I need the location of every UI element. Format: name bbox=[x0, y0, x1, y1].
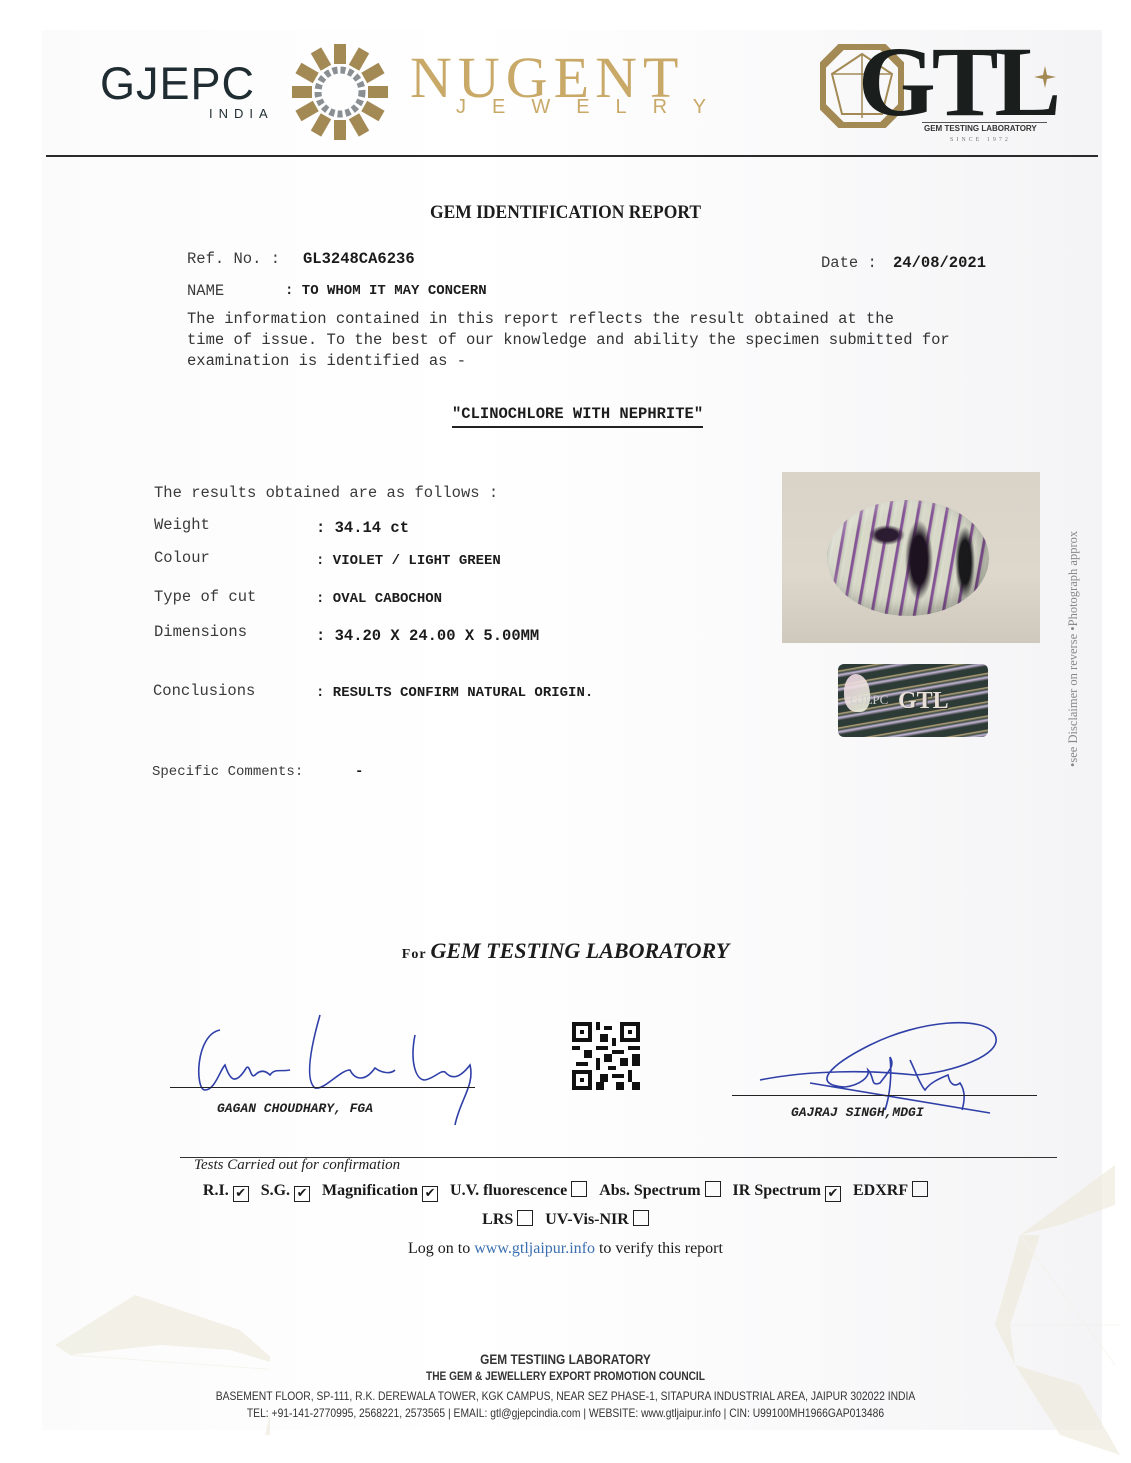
brand-logo-subtitle: JEWELRY bbox=[456, 96, 732, 119]
footer-address: BASEMENT FLOOR, SP-111, R.K. DEREWALA TO… bbox=[79, 1389, 1052, 1403]
conclusions-value: : RESULTS CONFIRM NATURAL ORIGIN. bbox=[316, 685, 593, 701]
test-lrs-label: LRS bbox=[482, 1211, 513, 1228]
test-abs-spectrum-label: Abs. Spectrum bbox=[599, 1182, 700, 1199]
test-sg-label: S.G. bbox=[261, 1182, 290, 1199]
gtl-logo-rule bbox=[922, 122, 1047, 123]
comments-label: Specific Comments: bbox=[152, 764, 303, 780]
footer-lab-name: GEM TESTIING LABORATORY bbox=[68, 1352, 1063, 1367]
results-intro: The results obtained are as follows : bbox=[154, 484, 498, 502]
test-sg-checkbox[interactable]: ✔ bbox=[294, 1186, 310, 1202]
dimensions-label: Dimensions bbox=[154, 623, 247, 641]
signatory-left-name: GAGAN CHOUDHARY, FGA bbox=[217, 1101, 373, 1116]
weight-label: Weight bbox=[154, 516, 210, 534]
verify-line: Log on to www.gtljaipur.info to verify t… bbox=[0, 1240, 1131, 1258]
hologram-gjepc-text: GJEPC bbox=[850, 692, 888, 708]
colour-label: Colour bbox=[154, 549, 210, 567]
test-ri-checkbox[interactable]: ✔ bbox=[233, 1186, 249, 1202]
gtl-logo-text: GTL bbox=[858, 32, 1057, 132]
test-edxrf-checkbox[interactable] bbox=[912, 1181, 928, 1197]
report-title: GEM IDENTIFICATION REPORT bbox=[45, 202, 1086, 224]
date-value: 24/08/2021 bbox=[893, 254, 986, 272]
test-ir-spectrum: IR Spectrum✔ bbox=[733, 1182, 841, 1202]
sparkle-icon bbox=[1034, 66, 1056, 88]
colour-value: : VIOLET / LIGHT GREEN bbox=[316, 553, 501, 569]
verify-suffix: to verify this report bbox=[599, 1240, 723, 1257]
ref-label: Ref. No. : bbox=[187, 250, 280, 268]
test-edxrf: EDXRF bbox=[853, 1181, 928, 1200]
test-ri: R.I.✔ bbox=[203, 1182, 249, 1202]
photo-disclaimer: •see Disclaimer on reverse •Photograph a… bbox=[1066, 531, 1081, 767]
test-abs-spectrum: Abs. Spectrum bbox=[599, 1181, 720, 1200]
test-uv-vis-nir-label: UV-Vis-NIR bbox=[545, 1211, 629, 1228]
tests-row-1: R.I.✔ S.G.✔ Magnification✔ U.V. fluoresc… bbox=[0, 1181, 1131, 1202]
gjepc-logo-text: GJEPC bbox=[100, 58, 255, 110]
name-label: NAME bbox=[187, 282, 224, 300]
for-lab-heading: For GEM TESTING LABORATORY bbox=[0, 938, 1131, 964]
ref-value: GL3248CA6236 bbox=[303, 250, 415, 268]
gjepc-sunburst-icon bbox=[290, 42, 390, 142]
test-ri-label: R.I. bbox=[203, 1182, 229, 1199]
for-lab-name: GEM TESTING LABORATORY bbox=[431, 938, 730, 963]
conclusions-label: Conclusions bbox=[153, 682, 255, 700]
test-uv-fluorescence: U.V. fluorescence bbox=[450, 1181, 587, 1200]
test-uv-vis-nir: UV-Vis-NIR bbox=[545, 1210, 649, 1229]
gjepc-logo-subtitle: INDIA bbox=[209, 106, 274, 121]
intro-paragraph: The information contained in this report… bbox=[187, 309, 1087, 372]
test-uv-fluorescence-checkbox[interactable] bbox=[571, 1181, 587, 1197]
gtl-logo-subtitle: GEM TESTING LABORATORY bbox=[924, 124, 1037, 133]
footer-contact: TEL: +91-141-2770995, 2568221, 2573565 |… bbox=[79, 1406, 1052, 1420]
security-hologram: GJEPC GTL bbox=[838, 664, 988, 737]
comments-value: - bbox=[355, 764, 363, 780]
species-identification: "CLINOCHLORE WITH NEPHRITE" bbox=[452, 405, 703, 428]
for-prefix: For bbox=[402, 947, 427, 962]
date-label: Date : bbox=[821, 254, 877, 272]
gtl-logo-since: SINCE 1972 bbox=[950, 137, 1011, 143]
test-magnification-checkbox[interactable]: ✔ bbox=[422, 1186, 438, 1202]
dimensions-value: : 34.20 X 24.00 X 5.00MM bbox=[316, 627, 539, 645]
tests-row-2: LRS UV-Vis-NIR bbox=[0, 1210, 1131, 1229]
test-uv-vis-nir-checkbox[interactable] bbox=[633, 1210, 649, 1226]
verify-prefix: Log on to bbox=[408, 1240, 470, 1257]
test-ir-spectrum-label: IR Spectrum bbox=[733, 1182, 821, 1199]
test-lrs-checkbox[interactable] bbox=[517, 1210, 533, 1226]
signature-line-left bbox=[170, 1087, 475, 1088]
test-lrs: LRS bbox=[482, 1210, 533, 1229]
gem-cabochon-image bbox=[827, 500, 989, 616]
test-ir-spectrum-checkbox[interactable]: ✔ bbox=[825, 1186, 841, 1202]
intro-line-2: time of issue. To the best of our knowle… bbox=[187, 330, 1087, 351]
name-value: : TO WHOM IT MAY CONCERN bbox=[285, 283, 487, 299]
verify-link[interactable]: www.gtljaipur.info bbox=[474, 1240, 595, 1257]
test-sg: S.G.✔ bbox=[261, 1182, 310, 1202]
test-uv-fluorescence-label: U.V. fluorescence bbox=[450, 1182, 567, 1199]
cut-label: Type of cut bbox=[154, 588, 256, 606]
test-edxrf-label: EDXRF bbox=[853, 1182, 908, 1199]
gem-photograph bbox=[782, 472, 1040, 643]
cut-value: : OVAL CABOCHON bbox=[316, 591, 442, 607]
intro-line-1: The information contained in this report… bbox=[187, 309, 1087, 330]
qr-code bbox=[572, 1022, 640, 1090]
test-magnification: Magnification✔ bbox=[322, 1182, 438, 1202]
signature-line-right bbox=[732, 1095, 1037, 1096]
intro-line-3: examination is identified as - bbox=[187, 351, 1087, 372]
signatory-right-name: GAJRAJ SINGH,MDGI bbox=[791, 1105, 924, 1120]
hologram-gtl-text: GTL bbox=[898, 688, 949, 715]
header-divider bbox=[46, 155, 1098, 157]
tests-title: Tests Carried out for confirmation bbox=[194, 1157, 400, 1174]
test-abs-spectrum-checkbox[interactable] bbox=[705, 1181, 721, 1197]
weight-value: : 34.14 ct bbox=[316, 519, 409, 537]
footer-council-name: THE GEM & JEWELLERY EXPORT PROMOTION COU… bbox=[68, 1371, 1063, 1383]
test-magnification-label: Magnification bbox=[322, 1182, 418, 1199]
